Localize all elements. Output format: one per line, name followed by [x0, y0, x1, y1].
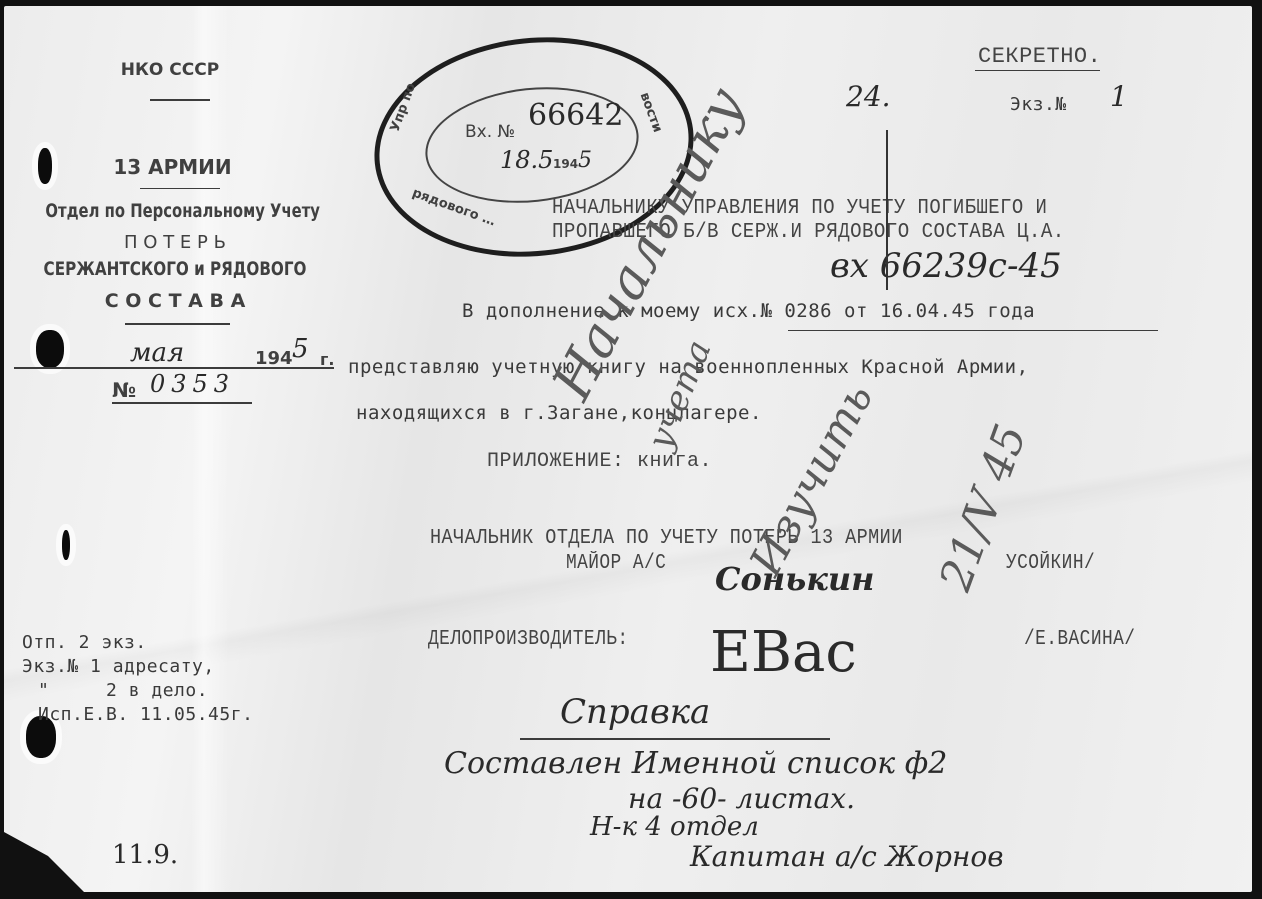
reference-line-3: Н-к 4 отдел: [590, 812, 759, 842]
clerk-name: /Е.ВАСИНА/: [1024, 628, 1135, 651]
clerk-signature: ЕВас: [710, 620, 857, 685]
date-year-digit: 5: [292, 334, 309, 364]
signatory-name: УСОЙКИН/: [1006, 552, 1095, 575]
reference-line-4: Капитан а/с Жорнов: [690, 840, 1004, 873]
incoming-label: Вх. №: [465, 122, 515, 142]
body-line-1: В дополнение к моему исх.№ 0286 от 16.04…: [462, 300, 1035, 322]
divider: [140, 188, 220, 189]
torn-corner: [4, 832, 84, 892]
body-line-3: находящихся в г.Загане,концлагере.: [356, 402, 762, 424]
number-line: [112, 402, 252, 404]
distribution-line-2: Экз.№ 1 адресату,: [22, 656, 215, 677]
attachment-line: ПРИЛОЖЕНИЕ: книга.: [487, 450, 712, 473]
clerk-title: ДЕЛОПРОИЗВОДИТЕЛЬ:: [428, 628, 628, 651]
number-value: 0353: [150, 370, 235, 398]
top-number: 24.: [846, 80, 891, 113]
reference-underline: [788, 330, 1158, 331]
reference-line-1: Составлен Именной список ф2: [444, 746, 947, 781]
incoming-number: 66642: [528, 98, 623, 133]
reference-title-underline: [520, 738, 830, 740]
punch-hole: [38, 148, 52, 184]
signatory-rank: МАЙОР А/С: [566, 552, 666, 575]
army-name: 13 АРМИИ: [85, 155, 260, 179]
page-mark: 11.9.: [112, 840, 178, 870]
incoming-date: 18.5: [500, 146, 553, 174]
punch-hole: [62, 530, 70, 560]
incoming-year: 194: [553, 157, 578, 171]
copy-number: 1: [1110, 80, 1128, 113]
dept-line-3: СЕРЖАНТСКОГО и РЯДОВОГО: [39, 258, 311, 280]
divider: [125, 323, 230, 325]
reference-title: Справка: [560, 692, 710, 732]
punch-hole: [36, 330, 64, 368]
date-suffix: г.: [320, 350, 334, 369]
reference-line-2: на -60- листах.: [628, 782, 855, 815]
signatory-signature: Сонькин: [715, 560, 875, 598]
dept-line-4: С О С Т А В А: [75, 290, 275, 312]
classification-label: СЕКРЕТНО.: [978, 44, 1101, 69]
distribution-line-4: Исп.Е.В. 11.05.45г.: [38, 704, 253, 725]
dept-line-2: П О Т Е Р Ь: [90, 232, 260, 253]
date-month: мая: [130, 338, 184, 368]
org-name: НКО СССР: [105, 60, 235, 80]
dept-line-1: Отдел по Персональному Учету: [45, 200, 310, 222]
incoming-year-digit: 5: [578, 148, 592, 173]
distribution-line-1: Отп. 2 экз.: [22, 632, 147, 653]
copy-number-label: Экз.№: [1010, 94, 1067, 115]
number-label: №: [112, 378, 136, 402]
pencil-vertical-stroke: [886, 130, 888, 290]
date-year: 194: [255, 348, 293, 369]
divider: [150, 99, 210, 101]
incoming-note: вх 66239с-45: [830, 246, 1062, 286]
classification-underline: [975, 70, 1100, 71]
distribution-line-3: " 2 в дело.: [38, 680, 208, 701]
signatory-title: НАЧАЛЬНИК ОТДЕЛА ПО УЧЕТУ ПОТЕРЬ 13 АРМИ…: [430, 527, 903, 550]
